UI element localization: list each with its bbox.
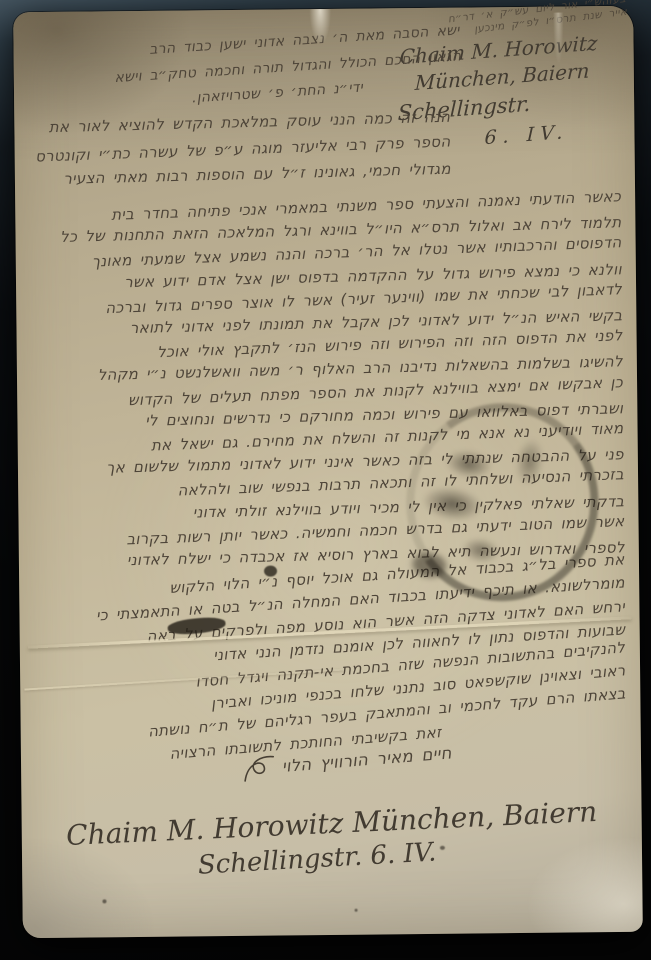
photo-background: { "photo": { "background_top_color": "#4… <box>0 0 651 960</box>
ink-speck <box>440 846 445 850</box>
signature-flourish-icon <box>239 752 280 789</box>
ink-speck <box>102 899 106 903</box>
ink-blot <box>264 566 277 577</box>
paper-tear-mark <box>309 9 331 45</box>
recipient-address-bottom: Chaim M. Horowitz München, Baiern Schell… <box>22 804 643 877</box>
paper-scratch <box>553 13 564 63</box>
postcard: בעזהש״י אור ליום עש״ק א׳ דר״ח אייר שנת ת… <box>13 6 643 938</box>
ink-speck <box>355 909 358 912</box>
